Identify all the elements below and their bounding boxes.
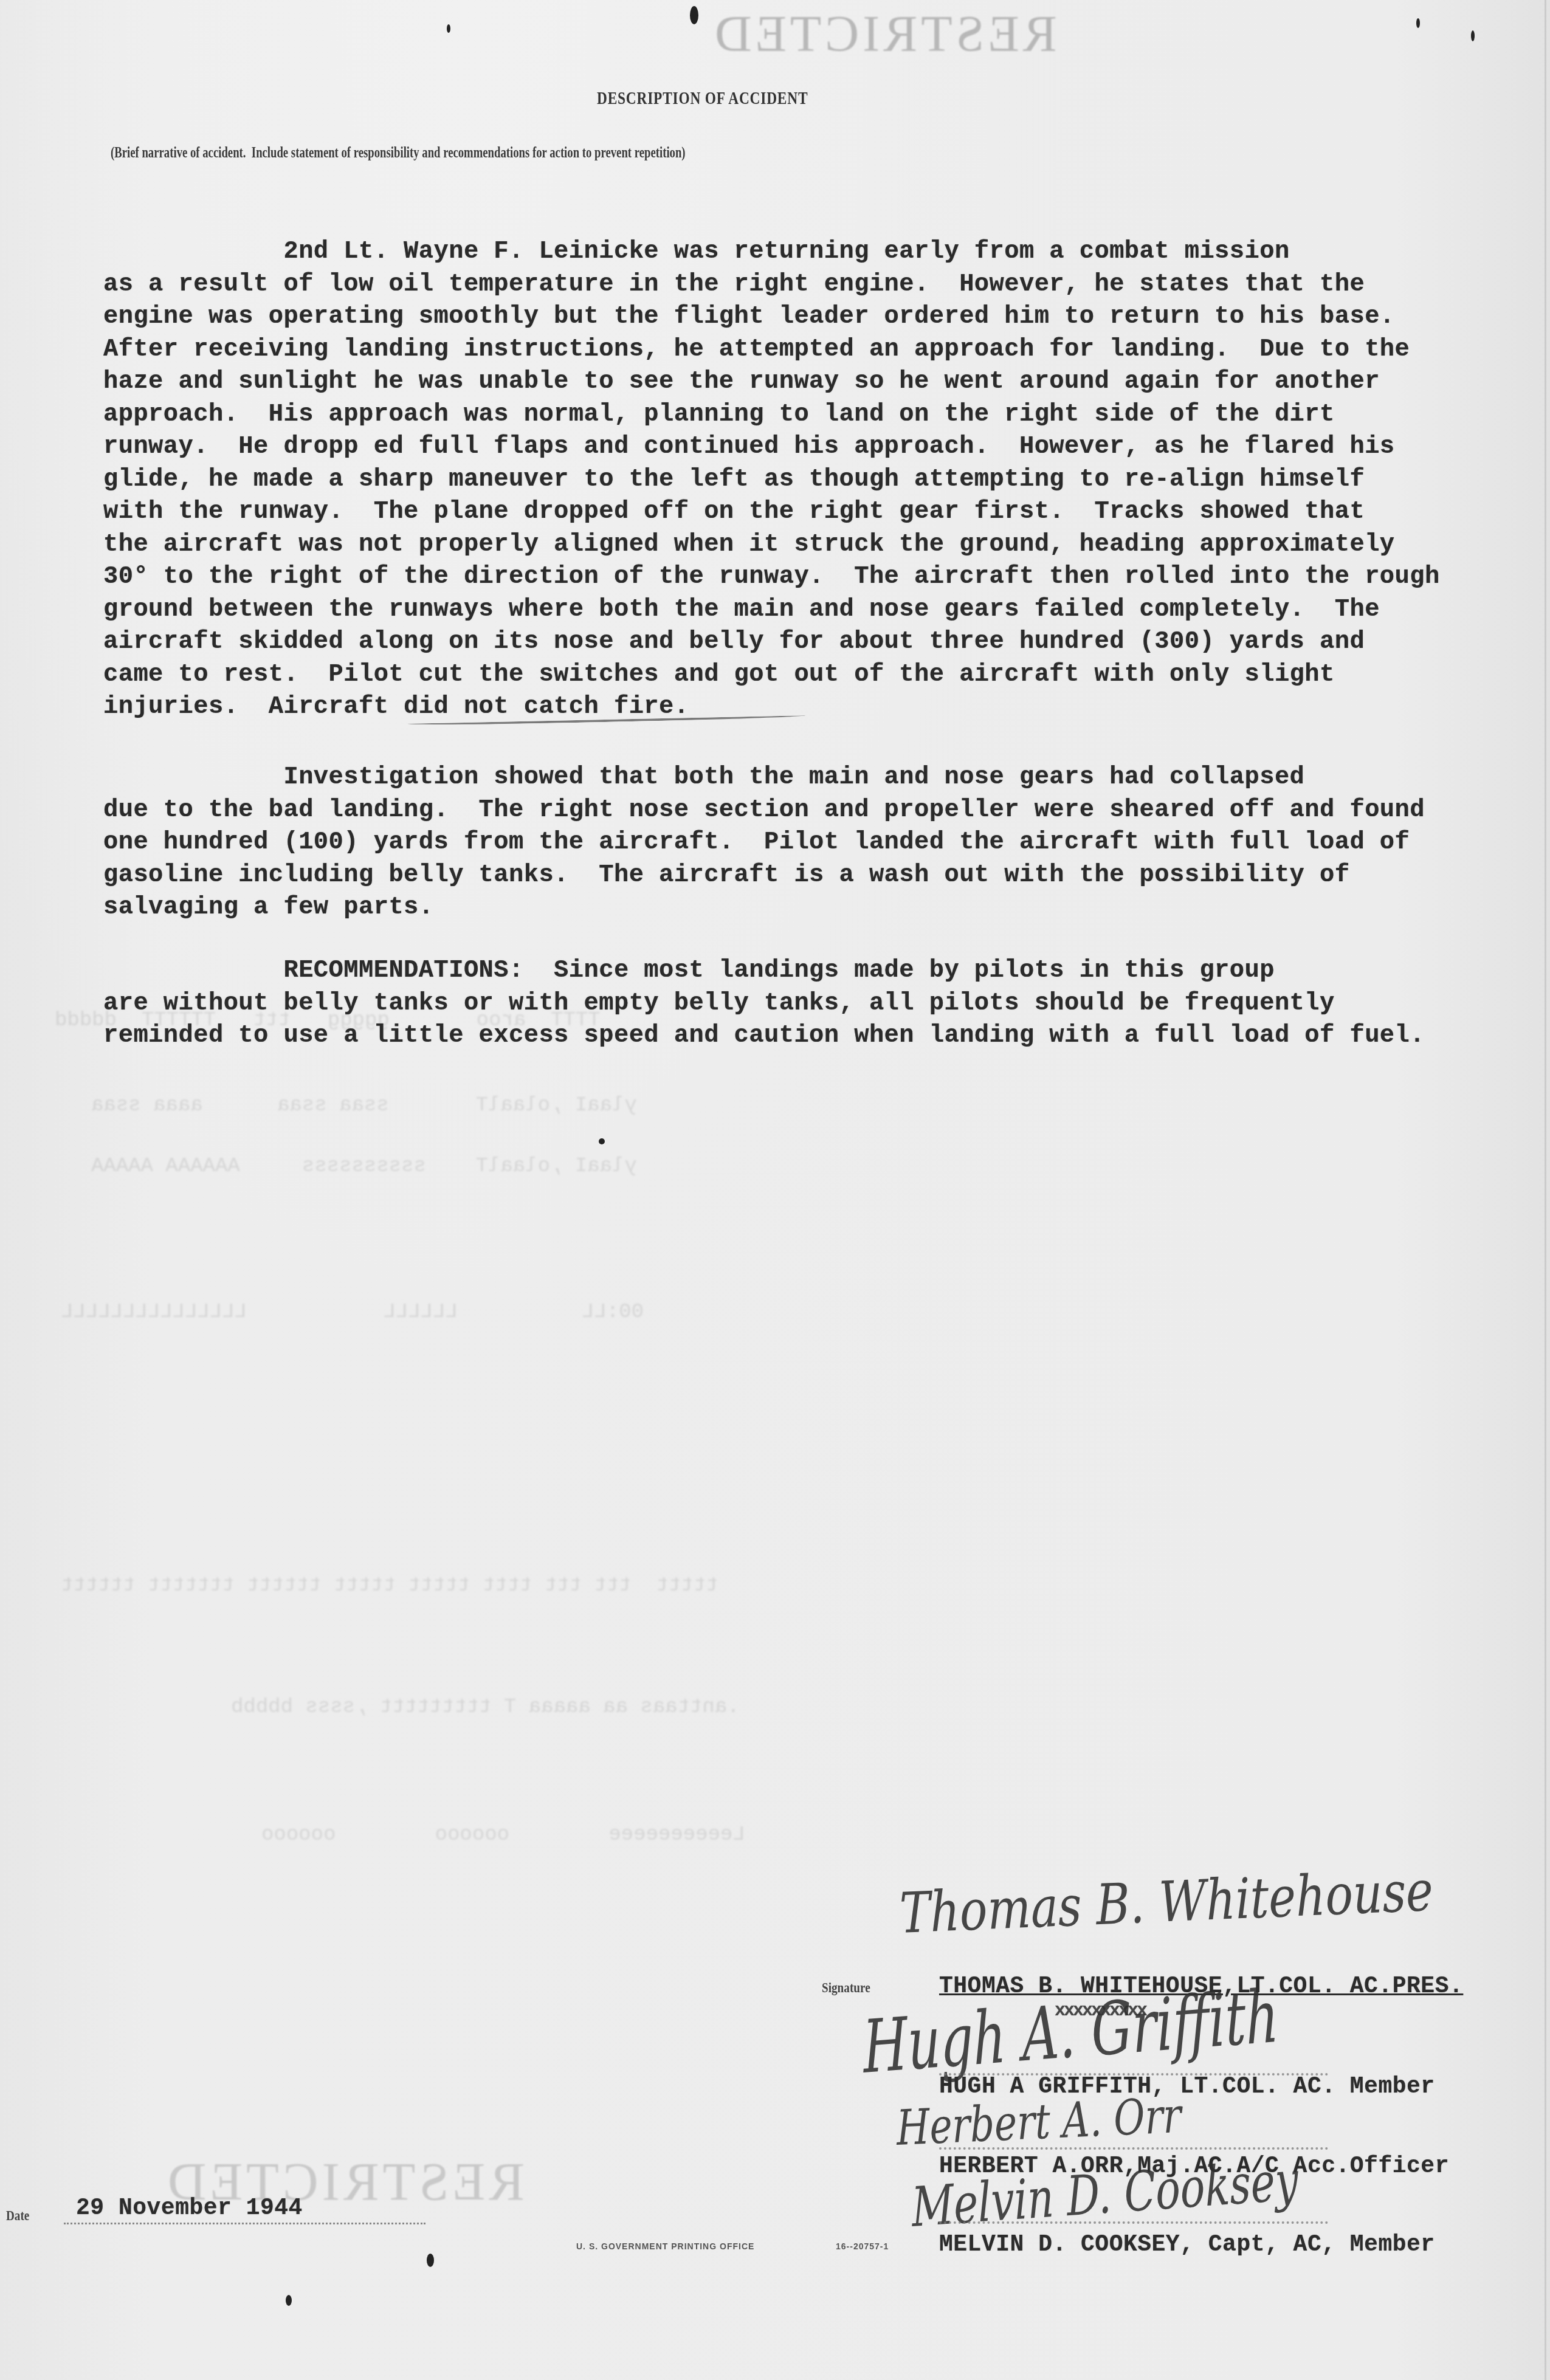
text-line: approach. His approach was normal, plann… <box>103 399 1550 432</box>
date-label: Date <box>6 2208 29 2224</box>
text-line: 30° to the right of the direction of the… <box>103 561 1550 594</box>
text-line: Investigation showed that both the main … <box>103 762 1550 794</box>
ink-speck <box>427 2254 434 2267</box>
bleedthrough-text: 00:LL LLLLLL LLLLLLLLLLLLLLL <box>61 1301 644 1324</box>
text-line: ground between the runways where both th… <box>103 594 1550 627</box>
text-line: glide, he made a sharp maneuver to the l… <box>103 464 1550 497</box>
ink-speck <box>690 6 698 24</box>
text-line: reminded to use a little excess speed an… <box>103 1020 1550 1053</box>
text-line: are without belly tanks or with empty be… <box>103 988 1550 1020</box>
text-line: came to rest. Pilot cut the switches and… <box>103 659 1550 692</box>
text-line: 2nd Lt. Wayne F. Leinicke was returning … <box>103 236 1550 269</box>
text-line: injuries. Aircraft did not catch fire. <box>103 691 1550 724</box>
text-line: After receiving landing instructions, he… <box>103 334 1550 366</box>
form-number: 16--20757-1 <box>836 2241 889 2251</box>
text-line: one hundred (100) yards from the aircraf… <box>103 827 1550 859</box>
ink-speck <box>599 1138 605 1144</box>
date-value: 29 November 1944 <box>76 2195 303 2221</box>
text-line: gasoline including belly tanks. The airc… <box>103 859 1550 892</box>
bleedthrough-text: ylaaI ,olaalT ssaa ssaa aaaa ssaa <box>91 1094 637 1117</box>
signature-line <box>939 2147 1328 2150</box>
text-line: engine was operating smoothly but the fl… <box>103 301 1550 334</box>
recommendations-paragraph: RECOMMENDATIONS: Since most landings mad… <box>103 955 1550 1053</box>
text-line: salvaging a few parts. <box>103 892 1550 924</box>
text-line: due to the bad landing. The right nose s… <box>103 794 1550 827</box>
text-line: RECOMMENDATIONS: Since most landings mad… <box>103 955 1550 988</box>
restricted-stamp-bleedthrough-top: RESTRICTED <box>711 5 1057 64</box>
text-line: the aircraft was not properly aligned wh… <box>103 529 1550 562</box>
bleedthrough-text: ylaaI ,olaalT ssssssssss AAAAAA AAAAA <box>91 1155 637 1178</box>
ink-speck <box>1416 18 1420 28</box>
text-line: runway. He dropp ed full flaps and conti… <box>103 431 1550 464</box>
printer-imprint: U. S. GOVERNMENT PRINTING OFFICE <box>576 2241 754 2251</box>
ink-speck <box>1471 30 1475 41</box>
date-line <box>64 2223 425 2224</box>
document-subtitle: (Brief narrative of accident. Include st… <box>111 143 686 162</box>
bleedthrough-text: .anttaas aa aaaaa T ttttttttt ,ssss bbbb… <box>231 1696 740 1719</box>
bleedthrough-text: Leeeeeeeeee oooooo oooooo <box>261 1823 745 1846</box>
text-line: aircraft skidded along on its nose and b… <box>103 626 1550 659</box>
narrative-paragraph-1: 2nd Lt. Wayne F. Leinicke was returning … <box>103 236 1550 724</box>
signatory-typed-cooksey: MELVIN D. COOKSEY, Capt, AC, Member <box>939 2232 1435 2258</box>
ink-speck <box>447 24 450 33</box>
text-line: with the runway. The plane dropped off o… <box>103 496 1550 529</box>
signature-line <box>939 2221 1328 2224</box>
bleedthrough-text: ttttt ttt ttt tttt ttttt ttttt tttttt tt… <box>61 1574 718 1597</box>
document-title: DESCRIPTION OF ACCIDENT <box>597 88 808 109</box>
text-line: haze and sunlight he was unable to see t… <box>103 366 1550 399</box>
signature-label: Signature <box>822 1980 870 1997</box>
narrative-paragraph-2: Investigation showed that both the main … <box>103 762 1550 924</box>
text-line: as a result of low oil temperature in th… <box>103 269 1550 301</box>
ink-speck <box>286 2295 292 2306</box>
